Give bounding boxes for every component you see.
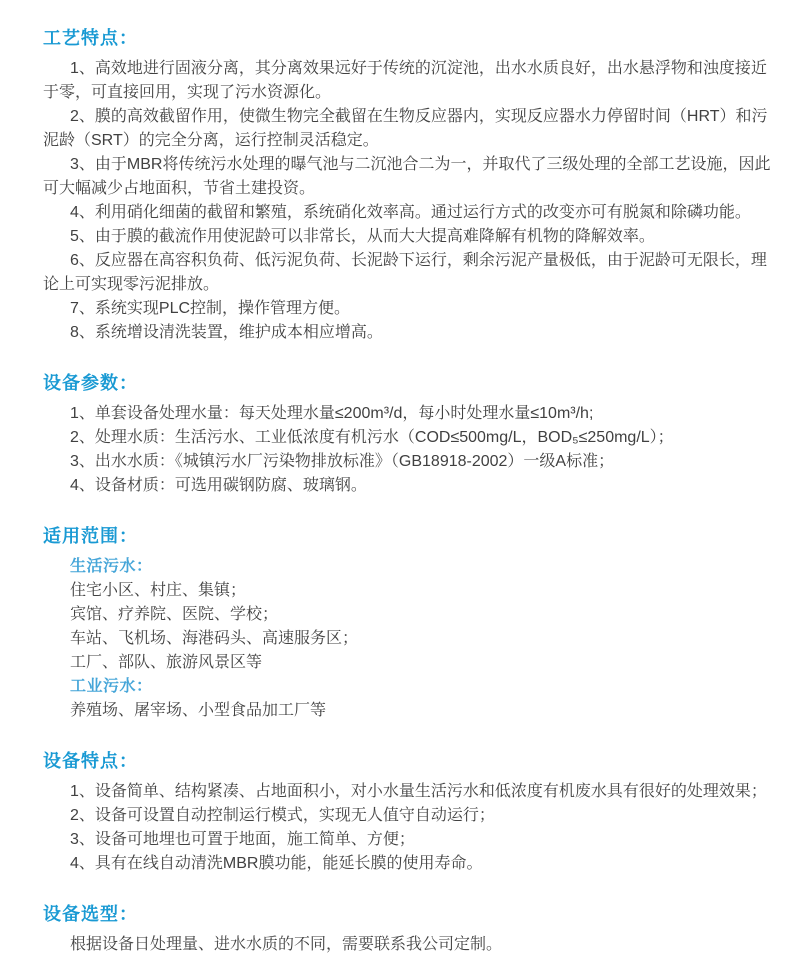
section-title-application-scope: 适用范围： [43, 524, 780, 548]
section-equipment-parameters: 设备参数： 1、单套设备处理水量：每天处理水量≤200m³/d，每小时处理水量≤… [43, 371, 780, 498]
list-item-industrial-1: 养殖场、屠宰场、小型食品加工厂等 [70, 699, 780, 723]
paragraph-equipment-parameter-4: 4、设备材质：可选用碳钢防腐、玻璃钢。 [43, 474, 780, 498]
paragraph-process-feature-7: 7、系统实现PLC控制，操作管理方便。 [43, 297, 780, 321]
paragraph-process-feature-5: 5、由于膜的截流作用使泥龄可以非常长，从而大大提高难降解有机物的降解效率。 [43, 225, 780, 249]
list-item-domestic-4: 工厂、部队、旅游风景区等 [70, 651, 780, 675]
paragraph-process-feature-2: 2、膜的高效截留作用，使微生物完全截留在生物反应器内，实现反应器水力停留时间（H… [43, 105, 780, 153]
paragraph-equipment-feature-3: 3、设备可地埋也可置于地面，施工简单、方便； [43, 828, 780, 852]
section-equipment-selection: 设备选型： 根据设备日处理量、进水水质的不同，需要联系我公司定制。 [43, 902, 780, 957]
list-item-domestic-2: 宾馆、疗养院、医院、学校； [70, 603, 780, 627]
paragraph-equipment-parameter-2: 2、处理水质：生活污水、工业低浓度有机污水（COD≤500mg/L，BOD₅≤2… [43, 426, 780, 450]
section-title-equipment-selection: 设备选型： [43, 902, 780, 926]
paragraph-equipment-parameter-1: 1、单套设备处理水量：每天处理水量≤200m³/d，每小时处理水量≤10m³/h… [43, 402, 780, 426]
paragraph-equipment-feature-4: 4、具有在线自动清洗MBR膜功能，能延长膜的使用寿命。 [43, 852, 780, 876]
paragraph-equipment-feature-1: 1、设备简单、结构紧凑、占地面积小，对小水量生活污水和低浓度有机废水具有很好的处… [43, 780, 780, 804]
paragraph-process-feature-1: 1、高效地进行固液分离，其分离效果远好于传统的沉淀池，出水水质良好，出水悬浮物和… [43, 57, 780, 105]
paragraph-process-feature-6: 6、反应器在高容积负荷、低污泥负荷、长泥龄下运行，剩余污泥产量极低，由于泥龄可无… [43, 249, 780, 297]
paragraph-equipment-feature-2: 2、设备可设置自动控制运行模式，实现无人值守自动运行； [43, 804, 780, 828]
paragraph-equipment-selection-1: 根据设备日处理量、进水水质的不同，需要联系我公司定制。 [43, 933, 780, 957]
section-process-features: 工艺特点： 1、高效地进行固液分离，其分离效果远好于传统的沉淀池，出水水质良好，… [43, 26, 780, 345]
section-equipment-features: 设备特点： 1、设备简单、结构紧凑、占地面积小，对小水量生活污水和低浓度有机废水… [43, 749, 780, 876]
list-item-domestic-3: 车站、飞机场、海港码头、高速服务区； [70, 627, 780, 651]
subsection-title-domestic-sewage: 生活污水： [70, 555, 780, 579]
list-item-domestic-1: 住宅小区、村庄、集镇； [70, 579, 780, 603]
paragraph-process-feature-4: 4、利用硝化细菌的截留和繁殖，系统硝化效率高。通过运行方式的改变亦可有脱氮和除磷… [43, 201, 780, 225]
paragraph-equipment-parameter-3: 3、出水水质：《城镇污水厂污染物排放标准》（GB18918-2002）一级A标准… [43, 450, 780, 474]
product-detail-page: 工艺特点： 1、高效地进行固液分离，其分离效果远好于传统的沉淀池，出水水质良好，… [0, 0, 800, 970]
subsection-title-industrial-wastewater: 工业污水： [70, 675, 780, 699]
section-title-equipment-features: 设备特点： [43, 749, 780, 773]
paragraph-process-feature-8: 8、系统增设清洗装置，维护成本相应增高。 [43, 321, 780, 345]
section-title-equipment-parameters: 设备参数： [43, 371, 780, 395]
section-title-process-features: 工艺特点： [43, 26, 780, 50]
document-content: 工艺特点： 1、高效地进行固液分离，其分离效果远好于传统的沉淀池，出水水质良好，… [43, 26, 780, 957]
application-scope-list: 生活污水： 住宅小区、村庄、集镇； 宾馆、疗养院、医院、学校； 车站、飞机场、海… [43, 555, 780, 723]
section-application-scope: 适用范围： 生活污水： 住宅小区、村庄、集镇； 宾馆、疗养院、医院、学校； 车站… [43, 524, 780, 723]
paragraph-process-feature-3: 3、由于MBR将传统污水处理的曝气池与二沉池合二为一，并取代了三级处理的全部工艺… [43, 153, 780, 201]
